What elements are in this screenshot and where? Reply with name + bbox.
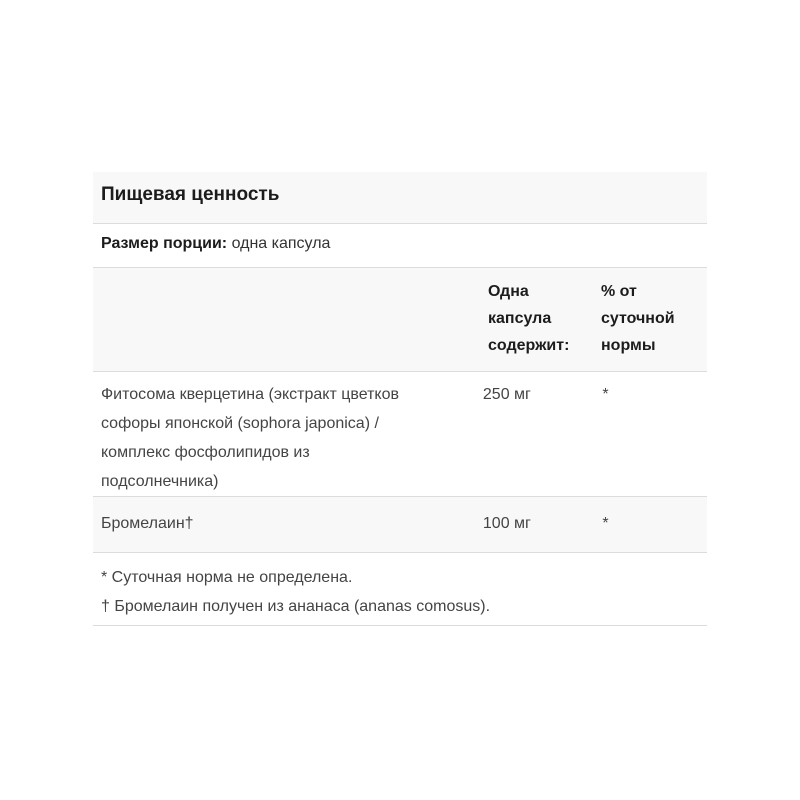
- ingredient-daily-value: *: [594, 380, 707, 496]
- amount-column-header: Одна капсула содержит:: [488, 278, 601, 371]
- table-row: Фитосома кверцетина (экстракт цветков со…: [93, 372, 707, 497]
- nutrition-facts-table: Пищевая ценность Размер порции: одна кап…: [93, 172, 707, 626]
- serving-size-label: Размер порции:: [101, 235, 227, 252]
- serving-size-value: одна капсула: [232, 235, 331, 252]
- table-row: Бромелаин† 100 мг *: [93, 497, 707, 553]
- ingredient-name: Бромелаин†: [93, 509, 483, 552]
- footnote-daily-value: * Суточная норма не определена.: [101, 563, 707, 592]
- footnote-bromelain: † Бромелаин получен из ананаса (ananas c…: [101, 592, 707, 621]
- column-header-row: Одна капсула содержит: % от суточной нор…: [93, 268, 707, 372]
- ingredient-name: Фитосома кверцетина (экстракт цветков со…: [93, 380, 483, 496]
- footnotes: * Суточная норма не определена. † Бромел…: [93, 553, 707, 626]
- ingredient-amount: 100 мг: [483, 509, 595, 552]
- daily-value-column-header: % от суточной нормы: [601, 278, 707, 371]
- serving-size-row: Размер порции: одна капсула: [93, 224, 707, 268]
- ingredient-amount: 250 мг: [483, 380, 595, 496]
- title-row: Пищевая ценность: [93, 172, 707, 224]
- ingredient-daily-value: *: [594, 509, 707, 552]
- name-column-header: [93, 278, 488, 371]
- table-title: Пищевая ценность: [101, 184, 279, 205]
